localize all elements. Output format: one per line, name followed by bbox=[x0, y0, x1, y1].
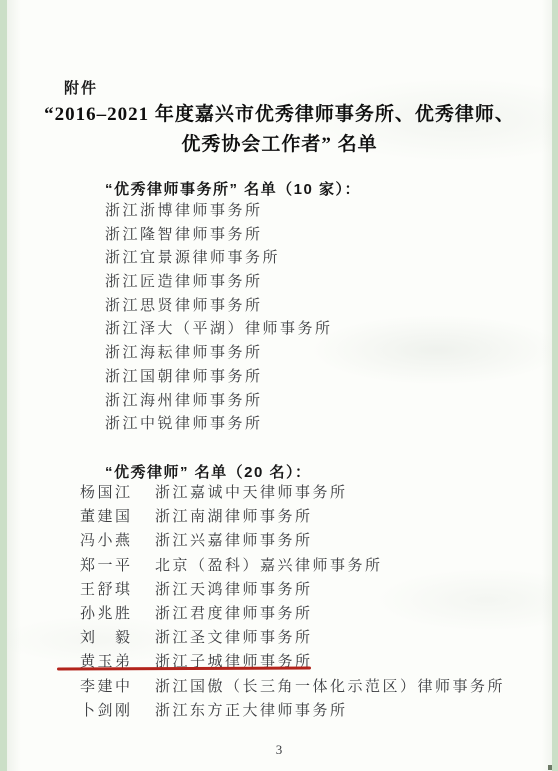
firm-section-heading: “优秀律师事务所” 名单（10 家）： bbox=[105, 178, 361, 199]
lawyer-firm: 浙江南湖律师事务所 bbox=[155, 505, 313, 529]
document-page: 附件 “2016–2021 年度嘉兴市优秀律师事务所、优秀律师、 优秀协会工作者… bbox=[7, 0, 552, 771]
lawyer-name: 卜剑刚 bbox=[80, 699, 155, 723]
lawyer-row: 董建国 浙江南湖律师事务所 bbox=[80, 505, 505, 529]
lawyer-row: 刘 毅 浙江圣文律师事务所 bbox=[80, 626, 505, 650]
lawyer-row: 李建中 浙江国傲（长三角一体化示范区）律师事务所 bbox=[80, 675, 505, 699]
lawyer-list: 杨国江 浙江嘉诚中天律师事务所 董建国 浙江南湖律师事务所 冯小燕 浙江兴嘉律师… bbox=[80, 481, 505, 723]
lawyer-name: 黄玉弟 bbox=[80, 650, 155, 674]
firm-list-item: 浙江隆智律师事务所 bbox=[105, 224, 333, 248]
lawyer-section-heading: “优秀律师” 名单（20 名）： bbox=[105, 461, 312, 482]
lawyer-firm: 浙江东方正大律师事务所 bbox=[155, 699, 348, 723]
firm-list-item: 浙江国朝律师事务所 bbox=[105, 366, 333, 390]
firm-list-item: 浙江泽大（平湖）律师事务所 bbox=[105, 318, 333, 342]
firm-list-item: 浙江思贤律师事务所 bbox=[105, 295, 333, 319]
lawyer-firm: 浙江嘉诚中天律师事务所 bbox=[155, 481, 348, 505]
lawyer-firm: 浙江国傲（长三角一体化示范区）律师事务所 bbox=[155, 675, 505, 699]
firm-list-item: 浙江中锐律师事务所 bbox=[105, 413, 333, 437]
document-title-line1: “2016–2021 年度嘉兴市优秀律师事务所、优秀律师、 bbox=[7, 100, 552, 130]
lawyer-firm: 浙江君度律师事务所 bbox=[155, 602, 313, 626]
lawyer-firm: 浙江天鸿律师事务所 bbox=[155, 578, 313, 602]
scan-artifact-speck bbox=[548, 765, 552, 770]
lawyer-name: 冯小燕 bbox=[80, 529, 155, 553]
lawyer-firm: 北京（盈科）嘉兴律师事务所 bbox=[155, 554, 383, 578]
lawyer-name: 王舒琪 bbox=[80, 578, 155, 602]
lawyer-name: 董建国 bbox=[80, 505, 155, 529]
lawyer-row: 郑一平 北京（盈科）嘉兴律师事务所 bbox=[80, 554, 505, 578]
lawyer-firm: 浙江兴嘉律师事务所 bbox=[155, 529, 313, 553]
document-title: “2016–2021 年度嘉兴市优秀律师事务所、优秀律师、 优秀协会工作者” 名… bbox=[7, 100, 552, 160]
lawyer-firm: 浙江子城律师事务所 bbox=[155, 650, 313, 674]
lawyer-firm: 浙江圣文律师事务所 bbox=[155, 626, 313, 650]
firm-list: 浙江浙博律师事务所 浙江隆智律师事务所 浙江宜景源律师事务所 浙江匠造律师事务所… bbox=[105, 200, 333, 437]
firm-list-item: 浙江海州律师事务所 bbox=[105, 390, 333, 414]
lawyer-name: 刘 毅 bbox=[80, 626, 155, 650]
lawyer-row: 王舒琪 浙江天鸿律师事务所 bbox=[80, 578, 505, 602]
page-number: 3 bbox=[7, 742, 552, 758]
firm-list-item: 浙江浙博律师事务所 bbox=[105, 200, 333, 224]
lawyer-name: 郑一平 bbox=[80, 554, 155, 578]
document-title-line2: 优秀协会工作者” 名单 bbox=[7, 130, 552, 160]
firm-list-item: 浙江海耘律师事务所 bbox=[105, 342, 333, 366]
lawyer-row: 冯小燕 浙江兴嘉律师事务所 bbox=[80, 529, 505, 553]
attachment-label: 附件 bbox=[64, 77, 98, 98]
lawyer-name: 李建中 bbox=[80, 675, 155, 699]
scan-background: 附件 “2016–2021 年度嘉兴市优秀律师事务所、优秀律师、 优秀协会工作者… bbox=[0, 0, 558, 771]
lawyer-row: 黄玉弟 浙江子城律师事务所 bbox=[80, 650, 505, 674]
lawyer-row: 卜剑刚 浙江东方正大律师事务所 bbox=[80, 699, 505, 723]
firm-list-item: 浙江宜景源律师事务所 bbox=[105, 247, 333, 271]
lawyer-name: 杨国江 bbox=[80, 481, 155, 505]
firm-list-item: 浙江匠造律师事务所 bbox=[105, 271, 333, 295]
lawyer-name: 孙兆胜 bbox=[80, 602, 155, 626]
lawyer-row: 孙兆胜 浙江君度律师事务所 bbox=[80, 602, 505, 626]
lawyer-row: 杨国江 浙江嘉诚中天律师事务所 bbox=[80, 481, 505, 505]
